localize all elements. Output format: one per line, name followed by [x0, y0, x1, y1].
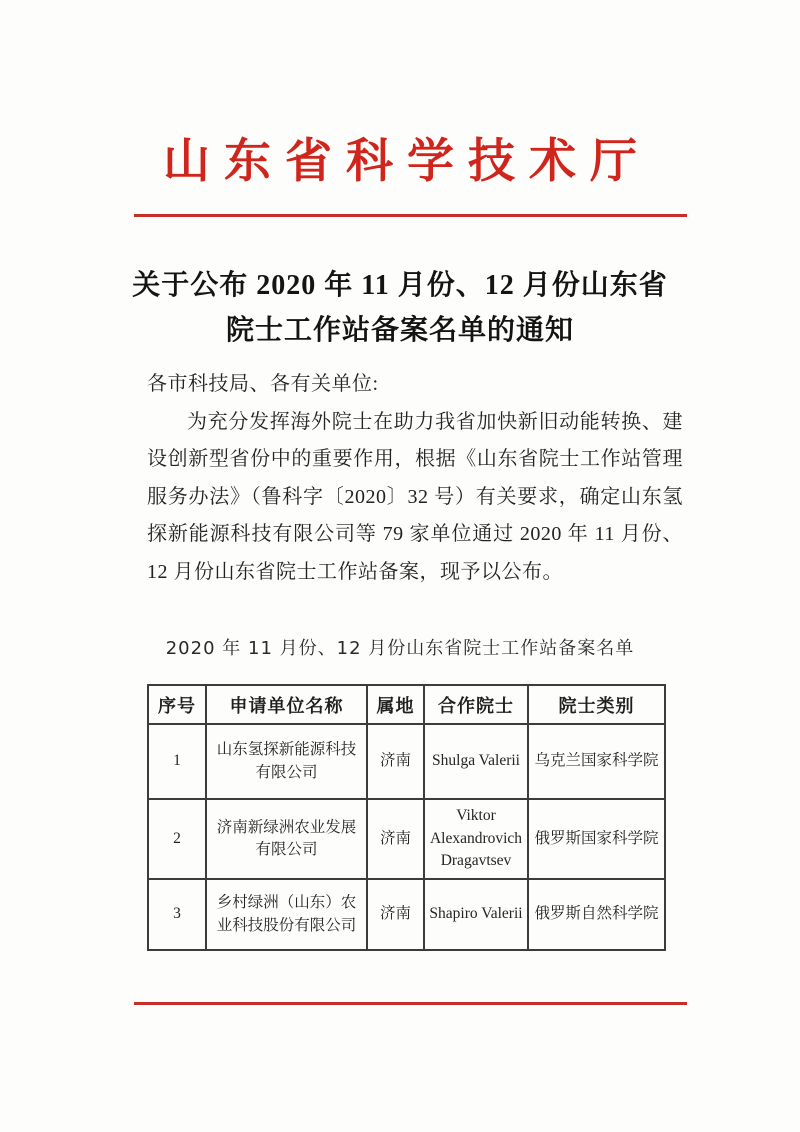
document-title-line2: 院士工作站备案名单的通知	[100, 308, 700, 353]
document-title: 关于公布 2020 年 11 月份、12 月份山东省 院士工作站备案名单的通知	[100, 263, 700, 353]
table-row: 2济南新绿洲农业发展有限公司济南Viktor Alexandrovich Dra…	[148, 799, 665, 879]
column-header-serial: 序号	[148, 685, 206, 724]
column-header-academy: 院士类别	[528, 685, 665, 724]
column-header-academician: 合作院士	[424, 685, 528, 724]
cell-academician: Viktor Alexandrovich Dragavtsev	[424, 799, 528, 879]
cell-company: 乡村绿洲（山东）农业科技股份有限公司	[206, 879, 367, 950]
header-rule	[134, 214, 687, 217]
cell-company: 济南新绿洲农业发展有限公司	[206, 799, 367, 879]
cell-location: 济南	[367, 879, 424, 950]
column-header-location: 属地	[367, 685, 424, 724]
column-header-company: 申请单位名称	[206, 685, 367, 724]
salutation: 各市科技局、各有关单位:	[147, 366, 683, 404]
table-row: 1山东氢探新能源科技有限公司济南Shulga Valerii乌克兰国家科学院	[148, 724, 665, 799]
cell-academy: 乌克兰国家科学院	[528, 724, 665, 799]
cell-location: 济南	[367, 724, 424, 799]
document-title-line1: 关于公布 2020 年 11 月份、12 月份山东省	[100, 263, 700, 308]
cell-academy: 俄罗斯国家科学院	[528, 799, 665, 879]
cell-academy: 俄罗斯自然科学院	[528, 879, 665, 950]
table-caption: 2020 年 11 月份、12 月份山东省院士工作站备案名单	[0, 634, 800, 660]
cell-academician: Shapiro Valerii	[424, 879, 528, 950]
cell-serial: 1	[148, 724, 206, 799]
cell-company: 山东氢探新能源科技有限公司	[206, 724, 367, 799]
table-row: 3乡村绿洲（山东）农业科技股份有限公司济南Shapiro Valerii俄罗斯自…	[148, 879, 665, 950]
cell-academician: Shulga Valerii	[424, 724, 528, 799]
record-table: 序号申请单位名称属地合作院士院士类别 1山东氢探新能源科技有限公司济南Shulg…	[147, 684, 666, 951]
cell-serial: 3	[148, 879, 206, 950]
body-paragraph: 为充分发挥海外院士在助力我省加快新旧动能转换、建设创新型省份中的重要作用，根据《…	[147, 404, 683, 592]
table-body: 1山东氢探新能源科技有限公司济南Shulga Valerii乌克兰国家科学院2济…	[148, 724, 665, 950]
footer-rule	[134, 1002, 687, 1005]
table-header-row: 序号申请单位名称属地合作院士院士类别	[148, 685, 665, 724]
document-body: 各市科技局、各有关单位: 为充分发挥海外院士在助力我省加快新旧动能转换、建设创新…	[147, 366, 683, 591]
cell-location: 济南	[367, 799, 424, 879]
scanned-document-page: 山东省科学技术厅 关于公布 2020 年 11 月份、12 月份山东省 院士工作…	[0, 0, 800, 1132]
letterhead-title: 山东省科学技术厅	[0, 124, 800, 191]
cell-serial: 2	[148, 799, 206, 879]
